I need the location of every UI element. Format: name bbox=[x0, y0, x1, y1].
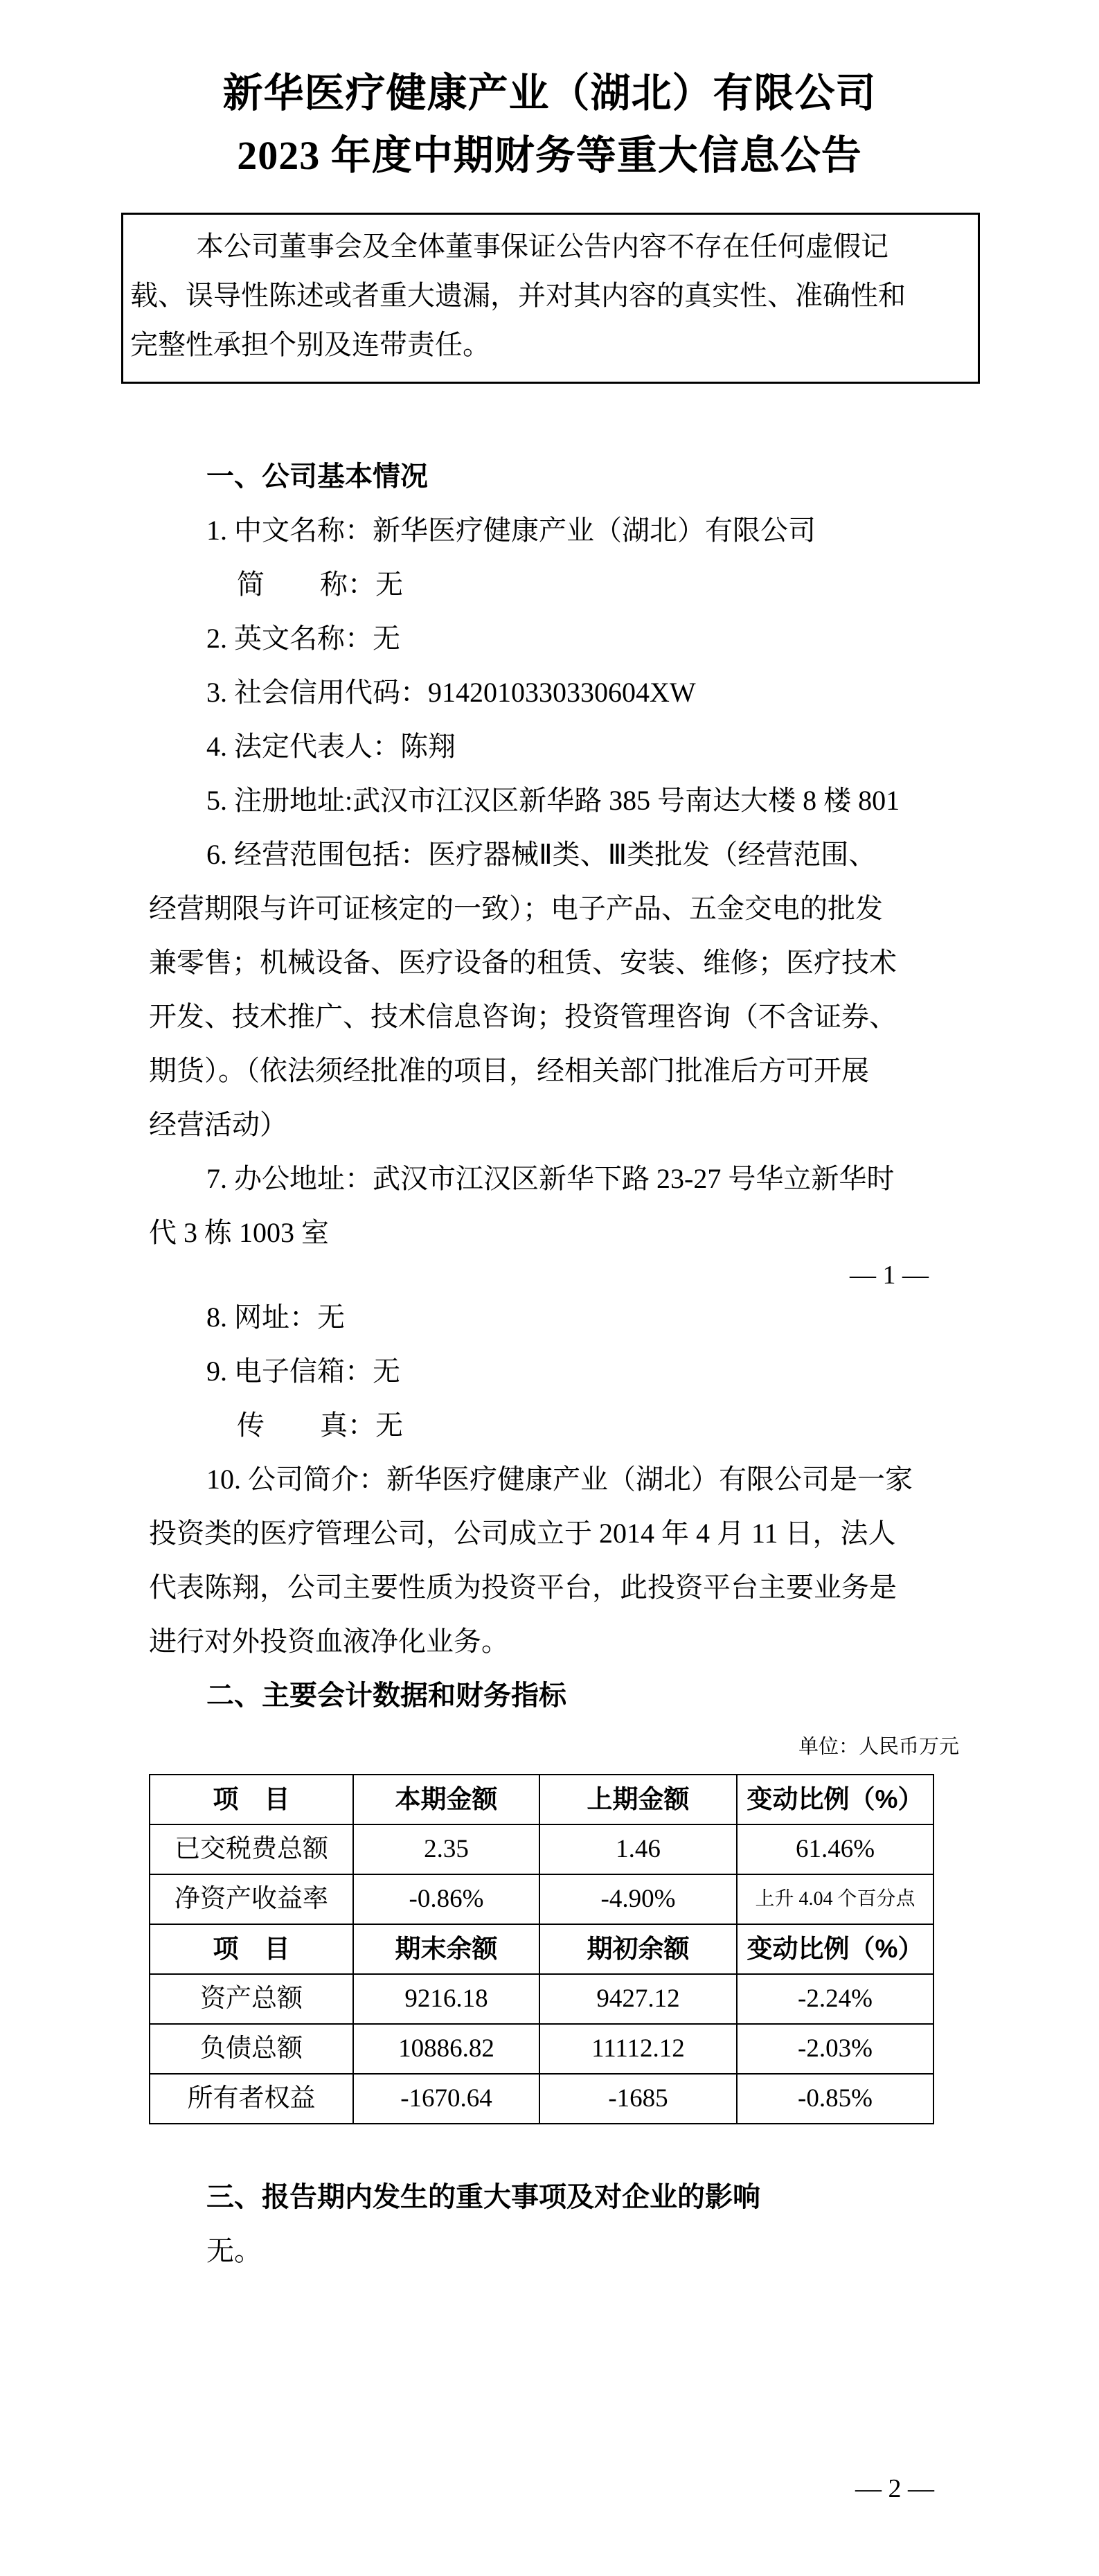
table-row: 所有者权益 -1670.64 -1685 -0.85% bbox=[150, 2074, 933, 2124]
header-cell: 上期金额 bbox=[539, 1775, 737, 1824]
notice-line: 载、误导性陈述或者重大遗漏，并对其内容的真实性、准确性和 bbox=[130, 271, 954, 320]
item-line: 传 真：无 bbox=[149, 1398, 959, 1453]
notice-line: 完整性承担个别及连带责任。 bbox=[130, 320, 954, 369]
section-3-heading: 三、报告期内发生的重大事项及对企业的影响 bbox=[149, 2170, 959, 2224]
item-line: 8. 网址：无 bbox=[149, 1290, 959, 1344]
item-line: 7. 办公地址：武汉市江汉区新华下路 23-27 号华立新华时 bbox=[149, 1152, 959, 1206]
table-cell: 所有者权益 bbox=[150, 2074, 353, 2124]
header-cell: 变动比例（%） bbox=[737, 1775, 933, 1824]
section-company-profile: 一、公司基本情况 1. 中文名称：新华医疗健康产业（湖北）有限公司 简 称：无 … bbox=[149, 450, 959, 1260]
item-line: 开发、技术推广、技术信息咨询；投资管理咨询（不含证券、 bbox=[149, 990, 959, 1044]
financial-table: 项 目 本期金额 上期金额 变动比例（%） 已交税费总额 2.35 1.46 6… bbox=[149, 1774, 934, 2124]
table-row: 负债总额 10886.82 11112.12 -2.03% bbox=[150, 2024, 933, 2074]
section-company-profile-cont: 8. 网址：无 9. 电子信箱：无 传 真：无 10. 公司简介：新华医疗健康产… bbox=[149, 1290, 959, 1669]
page-number-2: — 2 — bbox=[149, 2473, 959, 2504]
item-line: 简 称：无 bbox=[149, 558, 959, 612]
header-cell: 项 目 bbox=[150, 1775, 353, 1824]
item-line: 期货）。（依法须经批准的项目，经相关部门批准后方可开展 bbox=[149, 1044, 959, 1098]
table-header-row: 项 目 本期金额 上期金额 变动比例（%） bbox=[150, 1775, 933, 1824]
table-cell: -0.86% bbox=[353, 1874, 539, 1924]
title-line-2: 2023 年度中期财务等重大信息公告 bbox=[0, 125, 1099, 187]
document-body: 一、公司基本情况 1. 中文名称：新华医疗健康产业（湖北）有限公司 简 称：无 … bbox=[149, 450, 959, 2504]
section-2-heading: 二、主要会计数据和财务指标 bbox=[149, 1669, 959, 1723]
section-financial-indicators: 二、主要会计数据和财务指标 单位：人民币万元 项 目 本期金额 上期金额 变动比… bbox=[149, 1669, 959, 2124]
item-line: 1. 中文名称：新华医疗健康产业（湖北）有限公司 bbox=[149, 504, 959, 558]
table-cell: 61.46% bbox=[737, 1824, 933, 1874]
table-cell: -0.85% bbox=[737, 2074, 933, 2124]
header-cell: 期末余额 bbox=[353, 1924, 539, 1974]
table-header-row: 项 目 期末余额 期初余额 变动比例（%） bbox=[150, 1924, 933, 1974]
item-line: 2. 英文名称：无 bbox=[149, 612, 959, 666]
header-cell: 变动比例（%） bbox=[737, 1924, 933, 1974]
table-cell: -2.03% bbox=[737, 2024, 933, 2074]
item-line: 经营活动） bbox=[149, 1098, 959, 1152]
table-cell: -1670.64 bbox=[353, 2074, 539, 2124]
table-cell: -4.90% bbox=[539, 1874, 737, 1924]
header-cell: 期初余额 bbox=[539, 1924, 737, 1974]
notice-line: 本公司董事会及全体董事保证公告内容不存在任何虚假记 bbox=[130, 222, 954, 271]
item-line: 10. 公司简介：新华医疗健康产业（湖北）有限公司是一家 bbox=[149, 1453, 959, 1507]
item-line: 代表陈翔，公司主要性质为投资平台，此投资平台主要业务是 bbox=[149, 1561, 959, 1615]
table-cell: 净资产收益率 bbox=[150, 1874, 353, 1924]
table-cell: 9216.18 bbox=[353, 1974, 539, 2024]
table-row: 已交税费总额 2.35 1.46 61.46% bbox=[150, 1824, 933, 1874]
item-line: 3. 社会信用代码：9142010330330604XW bbox=[149, 666, 959, 720]
header-cell: 项 目 bbox=[150, 1924, 353, 1974]
table-cell: 负债总额 bbox=[150, 2024, 353, 2074]
table-cell: -2.24% bbox=[737, 1974, 933, 2024]
table-cell: 资产总额 bbox=[150, 1974, 353, 2024]
title-line-1: 新华医疗健康产业（湖北）有限公司 bbox=[0, 62, 1099, 125]
unit-label: 单位：人民币万元 bbox=[149, 1730, 959, 1764]
document-title: 新华医疗健康产业（湖北）有限公司 2023 年度中期财务等重大信息公告 bbox=[0, 0, 1099, 187]
page-number-1: — 1 — bbox=[149, 1260, 959, 1290]
header-cell: 本期金额 bbox=[353, 1775, 539, 1824]
section-major-events: 三、报告期内发生的重大事项及对企业的影响 无。 bbox=[149, 2170, 959, 2278]
table-row: 净资产收益率 -0.86% -4.90% 上升 4.04 个百分点 bbox=[150, 1874, 933, 1924]
item-line: 进行对外投资血液净化业务。 bbox=[149, 1615, 959, 1669]
table-cell: -1685 bbox=[539, 2074, 737, 2124]
item-line: 9. 电子信箱：无 bbox=[149, 1344, 959, 1398]
section-3-body: 无。 bbox=[149, 2224, 959, 2278]
board-statement-box: 本公司董事会及全体董事保证公告内容不存在任何虚假记 载、误导性陈述或者重大遗漏，… bbox=[121, 213, 980, 384]
table-cell: 已交税费总额 bbox=[150, 1824, 353, 1874]
item-line: 兼零售；机械设备、医疗设备的租赁、安装、维修；医疗技术 bbox=[149, 936, 959, 990]
item-line: 投资类的医疗管理公司，公司成立于 2014 年 4 月 11 日，法人 bbox=[149, 1507, 959, 1561]
document-page: 新华医疗健康产业（湖北）有限公司 2023 年度中期财务等重大信息公告 本公司董… bbox=[0, 0, 1099, 2576]
table-cell: 2.35 bbox=[353, 1824, 539, 1874]
table-cell: 10886.82 bbox=[353, 2024, 539, 2074]
table-cell: 11112.12 bbox=[539, 2024, 737, 2074]
table-cell: 上升 4.04 个百分点 bbox=[737, 1874, 933, 1924]
item-line: 4. 法定代表人：陈翔 bbox=[149, 720, 959, 774]
section-1-heading: 一、公司基本情况 bbox=[149, 450, 959, 504]
table-row: 资产总额 9216.18 9427.12 -2.24% bbox=[150, 1974, 933, 2024]
table-cell: 1.46 bbox=[539, 1824, 737, 1874]
item-line: 代 3 栋 1003 室 bbox=[149, 1206, 959, 1260]
item-line: 5. 注册地址:武汉市江汉区新华路 385 号南达大楼 8 楼 801 bbox=[149, 774, 959, 828]
item-line: 6. 经营范围包括：医疗器械Ⅱ类、Ⅲ类批发（经营范围、 bbox=[149, 828, 959, 882]
table-cell: 9427.12 bbox=[539, 1974, 737, 2024]
item-line: 经营期限与许可证核定的一致）；电子产品、五金交电的批发 bbox=[149, 882, 959, 936]
